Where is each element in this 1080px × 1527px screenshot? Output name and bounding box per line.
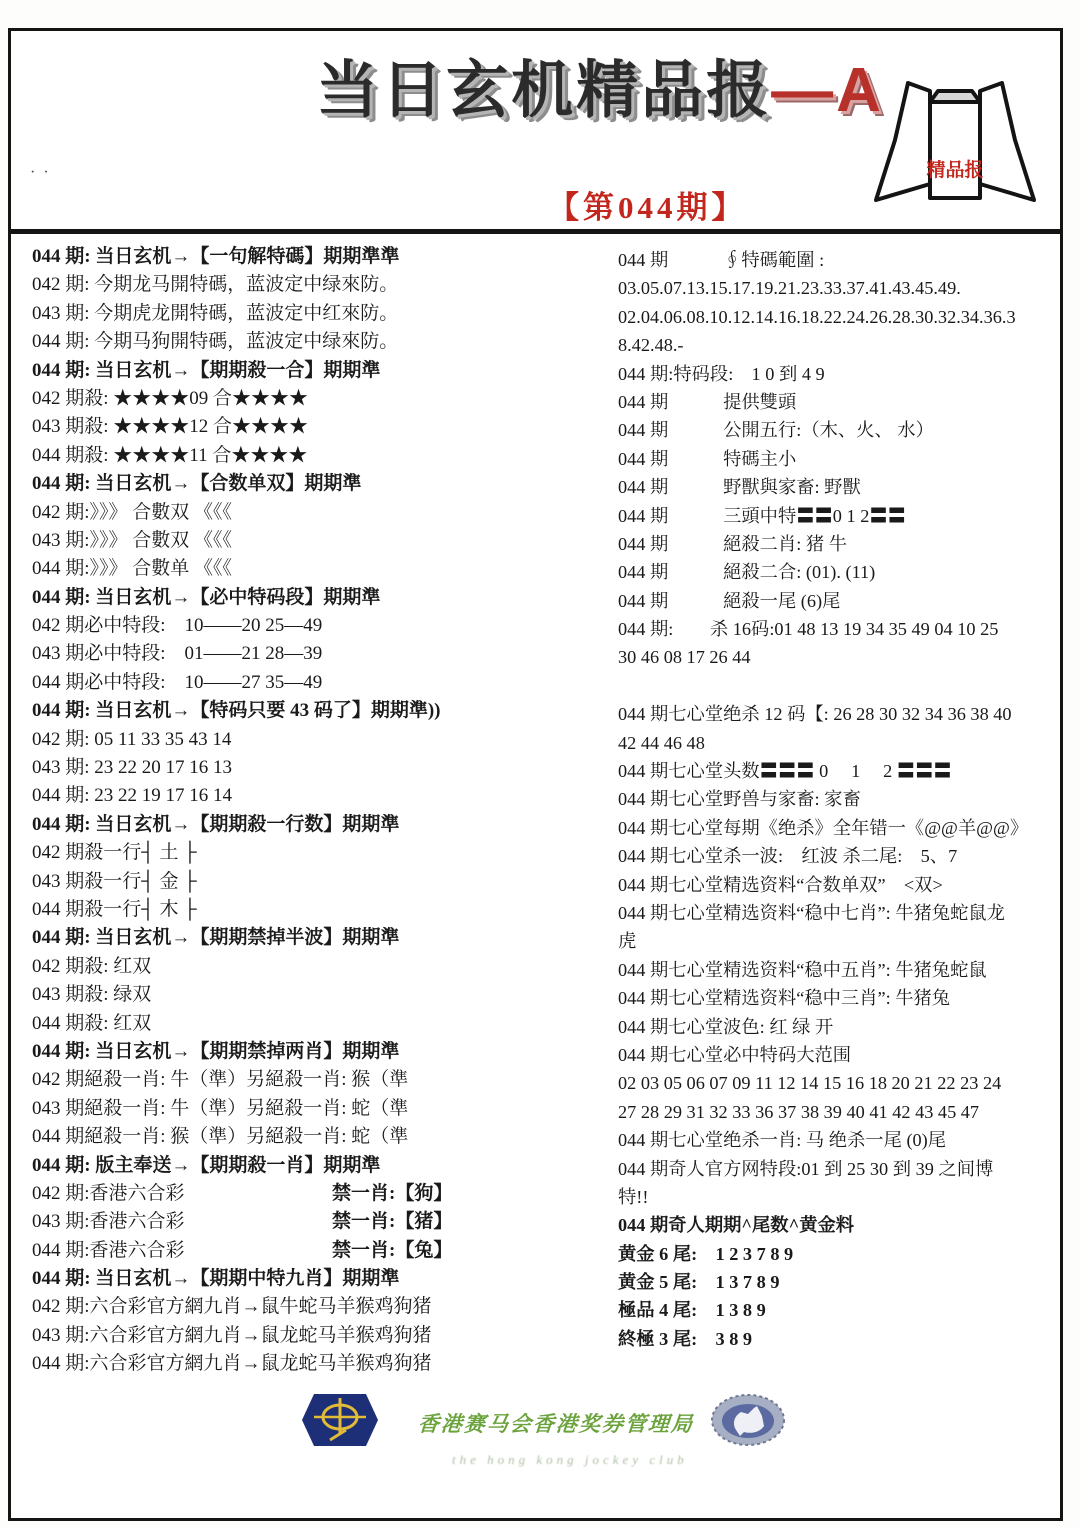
report-line-text: 044 期: 当日玄机→【期期禁掉两肖】期期準 xyxy=(32,1041,399,1062)
report-line-text: 黄金 5 尾: 1 3 7 8 9 xyxy=(618,1272,779,1292)
report-line: 044 期 野獸與家畜: 野獸 xyxy=(618,473,1058,501)
report-line-text: 虎 xyxy=(618,931,636,951)
report-line: 044 期: 当日玄机→【期期中特九肖】期期準 xyxy=(32,1265,604,1293)
header-divider-line xyxy=(8,229,1063,234)
report-line-text: 044 期七心堂杀一波: 红波 杀二尾: 5、7 xyxy=(618,846,957,866)
report-line-text: 8.42.48.- xyxy=(618,335,684,355)
report-line: 044 期 絕殺二合: (01). (11) xyxy=(618,558,1058,586)
report-line-text: 044 期:香港六合彩 xyxy=(32,1240,185,1261)
report-line-text: 黄金 6 尾: 1 2 3 7 8 9 xyxy=(618,1244,793,1264)
report-line: 044 期:六合彩官方網九肖→鼠龙蛇马羊猴鸡狗猪 xyxy=(32,1350,604,1378)
report-line: 043 期絕殺一肖: 牛（準）另絕殺一肖: 蛇（準 xyxy=(32,1095,604,1123)
report-line-text: 044 期 公開五行:（木、火、 水） xyxy=(618,420,934,440)
ribbon-label: 精品报 xyxy=(926,158,983,181)
report-line: 043 期殺一行┤ 金 ├ xyxy=(32,868,604,896)
footer-english-text: the hong kong jockey club xyxy=(452,1452,772,1468)
report-line: 044 期七心堂头数〓〓〓 0 1 2 〓〓〓 xyxy=(618,757,1058,785)
report-line: 8.42.48.- xyxy=(618,331,1058,359)
report-line xyxy=(618,672,1058,700)
report-line-text: 044 期 ∮特碼範圍 : xyxy=(618,250,824,270)
report-line: 044 期:特码段: 1 0 到 4 9 xyxy=(618,360,1058,388)
report-line: 044 期 提供雙頭 xyxy=(618,388,1058,416)
report-line-text: 043 期必中特段: 01——21 28—39 xyxy=(32,643,322,664)
report-line: 044 期: 当日玄机→【期期禁掉两肖】期期準 xyxy=(32,1038,604,1066)
report-line-text: 044 期 絕殺二肖: 猪 牛 xyxy=(618,534,847,554)
report-line-text: 044 期七心堂头数〓〓〓 0 1 2 〓〓〓 xyxy=(618,761,952,781)
report-line: 043 期:香港六合彩禁一肖:【猪】 xyxy=(32,1208,604,1236)
report-line: 044 期: 今期马狗開特碼，蓝波定中绿來防。 xyxy=(32,328,604,356)
report-line-right-text: 禁一肖:【猪】 xyxy=(332,1208,452,1236)
report-line: 042 期: 今期龙马開特碼，蓝波定中绿來防。 xyxy=(32,271,604,299)
ribbon-left-wing xyxy=(876,83,930,200)
report-line-text: 042 期殺: ★★★★09 合★★★★ xyxy=(32,388,308,409)
report-line-text: 044 期殺: 红双 xyxy=(32,1013,151,1034)
report-line: 42 44 46 48 xyxy=(618,729,1058,757)
issue-number-label: 【第044期】 xyxy=(548,182,747,227)
report-line-text: 044 期 三頭中特〓〓0 1 2〓〓 xyxy=(618,506,906,526)
report-line-text: 042 期殺一行┤ 土 ├ xyxy=(32,842,197,863)
report-line: 03.05.07.13.15.17.19.21.23.33.37.41.43.4… xyxy=(618,274,1058,302)
report-line-text: 044 期七心堂每期《绝杀》全年错一《@@羊@@》 xyxy=(618,818,1028,838)
report-line-text: 044 期:》》》 合數单 《《《 xyxy=(32,558,232,579)
report-line-text: 044 期七心堂精选资料“合数单双” <双> xyxy=(618,875,943,895)
report-line-text: 044 期: 当日玄机→【期期中特九肖】期期準 xyxy=(32,1268,399,1289)
report-line-text: 044 期: 杀 16码:01 48 13 19 34 35 49 04 10 … xyxy=(618,619,998,639)
page-title-main: 当日玄机精品报 xyxy=(316,56,771,125)
report-line: 044 期七心堂杀一波: 红波 杀二尾: 5、7 xyxy=(618,842,1058,870)
report-line: 02.04.06.08.10.12.14.16.18.22.24.26.28.3… xyxy=(618,303,1058,331)
report-line: 27 28 29 31 32 33 36 37 38 39 40 41 42 4… xyxy=(618,1098,1058,1126)
lottery-tip-sheet-page: 当日玄机精品报—A · · 【第044期】 精品报 044 期: 当日玄机→【一… xyxy=(0,0,1080,1527)
report-line: 044 期七心堂每期《绝杀》全年错一《@@羊@@》 xyxy=(618,814,1058,842)
report-line-text: 044 期 絕殺二合: (01). (11) xyxy=(618,562,875,582)
report-line: 043 期: 今期虎龙開特碼，蓝波定中红來防。 xyxy=(32,300,604,328)
report-line-text: 043 期殺一行┤ 金 ├ xyxy=(32,871,197,892)
ribbon-scroll-graphic: 精品报 xyxy=(866,78,1044,204)
report-line: 044 期: 23 22 19 17 16 14 xyxy=(32,782,604,810)
report-line: 043 期:》》》 合數双 《《《 xyxy=(32,527,604,555)
report-line-text: 044 期七心堂绝杀 12 码【: 26 28 30 32 34 36 38 4… xyxy=(618,704,1012,724)
report-line-text: 044 期七心堂野兽与家畜: 家畜 xyxy=(618,789,861,809)
report-line: 044 期 特碼主小 xyxy=(618,445,1058,473)
report-line: 044 期: 版主奉送→【期期殺一肖】期期準 xyxy=(32,1152,604,1180)
report-line: 042 期:香港六合彩禁一肖:【狗】 xyxy=(32,1180,604,1208)
report-line-text: 042 期: 今期龙马開特碼，蓝波定中绿來防。 xyxy=(32,274,398,295)
report-line: 042 期殺一行┤ 土 ├ xyxy=(32,839,604,867)
report-line: 042 期絕殺一肖: 牛（準）另絕殺一肖: 猴（準 xyxy=(32,1066,604,1094)
report-line: 044 期七心堂精选资料“合数单双” <双> xyxy=(618,871,1058,899)
report-line: 044 期: 当日玄机→【必中特码段】期期準 xyxy=(32,584,604,612)
report-line: 044 期殺一行┤ 木 ├ xyxy=(32,896,604,924)
report-line: 02 03 05 06 07 09 11 12 14 15 16 18 20 2… xyxy=(618,1069,1058,1097)
report-line-text: 044 期七心堂精选资料“稳中五肖”: 牛猪兔蛇鼠 xyxy=(618,960,987,980)
report-line-text: 極品 4 尾: 1 3 8 9 xyxy=(618,1300,766,1320)
report-line-text: 044 期: 当日玄机→【期期禁掉半波】期期準 xyxy=(32,927,399,948)
footer-organization-text: 香港赛马会香港奖券管理局 xyxy=(417,1408,749,1438)
report-line: 044 期: 当日玄机→【合数单双】期期準 xyxy=(32,470,604,498)
report-line-text: 042 期:六合彩官方網九肖→鼠牛蛇马羊猴鸡狗猪 xyxy=(32,1296,432,1317)
report-line-text: 044 期七心堂波色: 红 绿 开 xyxy=(618,1017,833,1037)
report-line-text: 043 期: 今期虎龙開特碼，蓝波定中红來防。 xyxy=(32,303,398,324)
jockey-club-emblem-icon xyxy=(300,1390,380,1450)
report-line: 044 期 絕殺一尾 (6)尾 xyxy=(618,587,1058,615)
report-line: 042 期:六合彩官方網九肖→鼠牛蛇马羊猴鸡狗猪 xyxy=(32,1293,604,1321)
report-line-text: 044 期七心堂必中特码大范围 xyxy=(618,1045,851,1065)
report-line: 044 期: 杀 16码:01 48 13 19 34 35 49 04 10 … xyxy=(618,615,1058,643)
report-line: 044 期七心堂波色: 红 绿 开 xyxy=(618,1013,1058,1041)
report-line: 044 期 公開五行:（木、火、 水） xyxy=(618,416,1058,444)
right-column: 044 期 ∮特碼範圍 : 03.05.07.13.15.17.19.21.23… xyxy=(618,246,1058,1353)
report-line-text: 044 期殺: ★★★★11 合★★★★ xyxy=(32,445,307,466)
report-line: 044 期: 当日玄机→【期期禁掉半波】期期準 xyxy=(32,924,604,952)
report-line-text: 03.05.07.13.15.17.19.21.23.33.37.41.43.4… xyxy=(618,278,961,298)
report-line: 044 期七心堂绝杀 12 码【: 26 28 30 32 34 36 38 4… xyxy=(618,700,1058,728)
report-line-text: 044 期七心堂精选资料“稳中七肖”: 牛猪兔蛇鼠龙 xyxy=(618,903,1005,923)
report-line-text: 044 期: 当日玄机→【合数单双】期期準 xyxy=(32,473,361,494)
report-line-text: 044 期: 当日玄机→【期期殺一合】期期準 xyxy=(32,360,380,381)
report-line-text: 044 期: 当日玄机→【必中特码段】期期準 xyxy=(32,587,380,608)
report-line: 044 期奇人期期^尾数^黄金料 xyxy=(618,1211,1058,1239)
report-line-text: 044 期: 23 22 19 17 16 14 xyxy=(32,785,232,806)
report-line: 042 期:》》》 合數双 《《《 xyxy=(32,499,604,527)
report-line: 044 期必中特段: 10——27 35—49 xyxy=(32,669,604,697)
report-line-text: 044 期奇人期期^尾数^黄金料 xyxy=(618,1215,854,1235)
report-line: 042 期必中特段: 10——20 25—49 xyxy=(32,612,604,640)
ribbon-center-panel xyxy=(930,102,980,198)
left-column: 044 期: 当日玄机→【一句解特碼】期期準準 042 期: 今期龙马開特碼，蓝… xyxy=(32,243,604,1379)
report-line-text: 044 期殺一行┤ 木 ├ xyxy=(32,899,197,920)
report-line-text: 042 期:香港六合彩 xyxy=(32,1183,185,1204)
ribbon-right-wing xyxy=(980,83,1034,200)
report-line: 黄金 5 尾: 1 3 7 8 9 xyxy=(618,1268,1058,1296)
report-line-text: 044 期: 当日玄机→【一句解特碼】期期準準 xyxy=(32,246,399,267)
report-line: 044 期殺: ★★★★11 合★★★★ xyxy=(32,442,604,470)
report-line: 044 期: 当日玄机→【期期殺一合】期期準 xyxy=(32,357,604,385)
report-line: 特!! xyxy=(618,1183,1058,1211)
report-line-text: 02 03 05 06 07 09 11 12 14 15 16 18 20 2… xyxy=(618,1073,1001,1093)
report-line-text: 42 44 46 48 xyxy=(618,733,705,753)
report-line: 044 期 ∮特碼範圍 : xyxy=(618,246,1058,274)
report-line-text: 042 期:》》》 合數双 《《《 xyxy=(32,502,232,523)
report-line: 044 期七心堂野兽与家畜: 家畜 xyxy=(618,785,1058,813)
report-line: 044 期絕殺一肖: 猴（準）另絕殺一肖: 蛇（準 xyxy=(32,1123,604,1151)
report-line: 043 期殺: ★★★★12 合★★★★ xyxy=(32,413,604,441)
report-line-text: 044 期:六合彩官方網九肖→鼠龙蛇马羊猴鸡狗猪 xyxy=(32,1353,432,1374)
report-line-text: 044 期:特码段: 1 0 到 4 9 xyxy=(618,364,825,384)
report-line: 黄金 6 尾: 1 2 3 7 8 9 xyxy=(618,1240,1058,1268)
report-line: 043 期必中特段: 01——21 28—39 xyxy=(32,640,604,668)
report-line-text: 044 期: 当日玄机→【期期殺一行数】期期準 xyxy=(32,814,399,835)
report-line: 043 期: 23 22 20 17 16 13 xyxy=(32,754,604,782)
report-line: 30 46 08 17 26 44 xyxy=(618,643,1058,671)
report-line: 044 期: 当日玄机→【一句解特碼】期期準準 xyxy=(32,243,604,271)
report-line-text: 043 期絕殺一肖: 牛（準）另絕殺一肖: 蛇（準 xyxy=(32,1098,408,1119)
report-line: 044 期七心堂绝杀一肖: 马 绝杀一尾 (0)尾 xyxy=(618,1126,1058,1154)
report-line-text: 044 期必中特段: 10——27 35—49 xyxy=(32,672,322,693)
report-line: 044 期 絕殺二肖: 猪 牛 xyxy=(618,530,1058,558)
report-line-right-text: 禁一肖:【狗】 xyxy=(332,1180,452,1208)
report-line: 044 期七心堂精选资料“稳中三肖”: 牛猪兔 xyxy=(618,984,1058,1012)
report-line: 043 期殺: 绿双 xyxy=(32,981,604,1009)
report-line: 042 期殺: 红双 xyxy=(32,953,604,981)
report-line-text: 30 46 08 17 26 44 xyxy=(618,647,751,667)
report-line-text: 044 期絕殺一肖: 猴（準）另絕殺一肖: 蛇（準 xyxy=(32,1126,408,1147)
report-line: 虎 xyxy=(618,927,1058,955)
report-line: 極品 4 尾: 1 3 8 9 xyxy=(618,1296,1058,1324)
report-line: 044 期殺: 红双 xyxy=(32,1010,604,1038)
report-line: 044 期七心堂精选资料“稳中七肖”: 牛猪兔蛇鼠龙 xyxy=(618,899,1058,927)
report-line: 042 期: 05 11 33 35 43 14 xyxy=(32,726,604,754)
report-line: 044 期奇人官方网特段:01 到 25 30 到 39 之间博 xyxy=(618,1155,1058,1183)
report-line-text: 特!! xyxy=(618,1187,648,1207)
report-line: 044 期 三頭中特〓〓0 1 2〓〓 xyxy=(618,502,1058,530)
report-line-text: 044 期 提供雙頭 xyxy=(618,392,796,412)
report-line: 終極 3 尾: 3 8 9 xyxy=(618,1325,1058,1353)
report-line-text: 043 期: 23 22 20 17 16 13 xyxy=(32,757,232,778)
report-line-text: 044 期: 版主奉送→【期期殺一肖】期期準 xyxy=(32,1155,380,1176)
report-line: 044 期:香港六合彩禁一肖:【兔】 xyxy=(32,1237,604,1265)
report-line-text: 044 期: 今期马狗開特碼，蓝波定中绿來防。 xyxy=(32,331,398,352)
report-line: 044 期:》》》 合數单 《《《 xyxy=(32,555,604,583)
report-line-text: 043 期:香港六合彩 xyxy=(32,1211,185,1232)
report-line-text: 042 期必中特段: 10——20 25—49 xyxy=(32,615,322,636)
report-line-text: 02.04.06.08.10.12.14.16.18.22.24.26.28.3… xyxy=(618,307,1016,327)
report-line-text: 043 期殺: 绿双 xyxy=(32,984,151,1005)
report-line-text: 終極 3 尾: 3 8 9 xyxy=(618,1329,752,1349)
report-line-text: 044 期: 当日玄机→【特码只要 43 码了】期期準)) xyxy=(32,700,440,721)
report-line-right-text: 禁一肖:【兔】 xyxy=(332,1237,452,1265)
report-line-text: 044 期 野獸與家畜: 野獸 xyxy=(618,477,861,497)
report-line: 044 期: 当日玄机→【特码只要 43 码了】期期準)) xyxy=(32,697,604,725)
report-line-text: 042 期殺: 红双 xyxy=(32,956,151,977)
report-line-text: 27 28 29 31 32 33 36 37 38 39 40 41 42 4… xyxy=(618,1102,979,1122)
corner-marks: · · xyxy=(30,164,51,182)
horse-head-emblem-icon xyxy=(710,1392,786,1448)
report-line: 042 期殺: ★★★★09 合★★★★ xyxy=(32,385,604,413)
report-line-text: 042 期: 05 11 33 35 43 14 xyxy=(32,729,231,750)
report-line-text: 042 期絕殺一肖: 牛（準）另絕殺一肖: 猴（準 xyxy=(32,1069,408,1090)
report-line-text: 043 期:》》》 合數双 《《《 xyxy=(32,530,232,551)
report-line: 044 期七心堂必中特码大范围 xyxy=(618,1041,1058,1069)
report-line-text: 043 期殺: ★★★★12 合★★★★ xyxy=(32,416,308,437)
report-line-text: 044 期七心堂精选资料“稳中三肖”: 牛猪兔 xyxy=(618,988,950,1008)
report-line-text: 044 期奇人官方网特段:01 到 25 30 到 39 之间博 xyxy=(618,1159,993,1179)
ribbon-top-curl xyxy=(930,91,980,102)
report-line-text: 043 期:六合彩官方網九肖→鼠龙蛇马羊猴鸡狗猪 xyxy=(32,1325,432,1346)
report-line-text: 044 期七心堂绝杀一肖: 马 绝杀一尾 (0)尾 xyxy=(618,1130,946,1150)
report-line-text: 044 期 絕殺一尾 (6)尾 xyxy=(618,591,840,611)
report-line-text: 044 期 特碼主小 xyxy=(618,449,796,469)
report-line: 043 期:六合彩官方網九肖→鼠龙蛇马羊猴鸡狗猪 xyxy=(32,1322,604,1350)
report-line: 044 期: 当日玄机→【期期殺一行数】期期準 xyxy=(32,811,604,839)
report-line: 044 期七心堂精选资料“稳中五肖”: 牛猪兔蛇鼠 xyxy=(618,956,1058,984)
